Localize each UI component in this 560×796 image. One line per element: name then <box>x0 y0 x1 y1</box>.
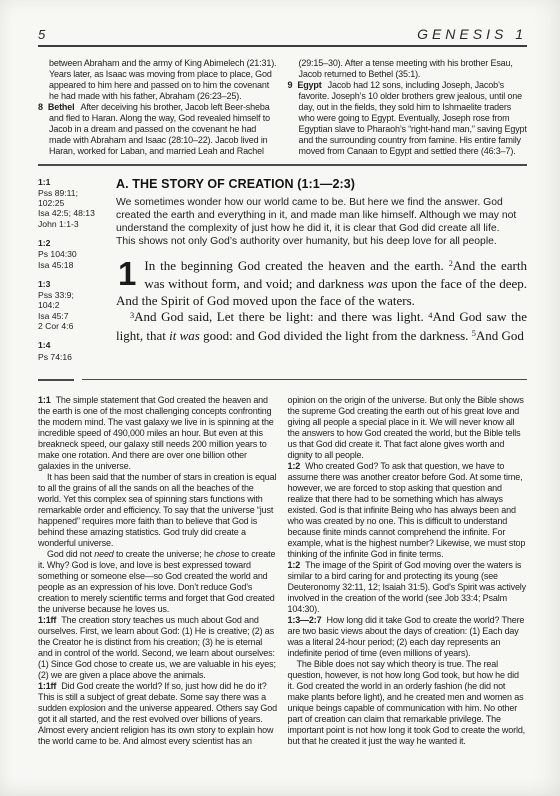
note-ref-label: 1:1ff <box>38 615 56 625</box>
cross-reference-verse: 1:1 <box>38 177 116 187</box>
note-paragraph: 1:1ffThe creation story teaches us much … <box>38 615 278 681</box>
scripture-paragraph: 3And God said, Let there be light: and t… <box>116 309 527 346</box>
cross-reference-verse: 1:2 <box>38 238 116 248</box>
scripture-passage: 1In the beginning God created the heaven… <box>116 258 527 347</box>
cross-reference-verse: 1:4 <box>38 340 116 350</box>
cross-reference-group: 1:4Ps 74:16 <box>38 340 116 362</box>
verse-number: 3 <box>130 311 134 320</box>
note-paragraph: 1:1The simple statement that God created… <box>38 395 278 472</box>
note-paragraph: 8BethelAfter deceiving his brother, Jaco… <box>38 102 278 157</box>
cross-reference-column: 1:1Pss 89:11;102:25Isa 42:5; 48:13John 1… <box>38 177 116 371</box>
note-paragraph: It has been said that the number of star… <box>38 472 278 549</box>
verse-number: 5 <box>472 329 476 338</box>
cross-reference-citation: 104:2 <box>38 300 116 310</box>
cross-reference-verse: 1:3 <box>38 279 116 289</box>
note-paragraph: opinion on the origin of the universe. B… <box>288 395 528 461</box>
note-paragraph: 1:2The image of the Spirit of God moving… <box>288 560 528 615</box>
bible-page: 5 GENESIS 1 between Abraham and the army… <box>0 0 560 796</box>
note-ref-label: 1:3—2:7 <box>288 615 322 625</box>
cross-reference-citation: Pss 89:11; <box>38 188 116 198</box>
section-main-column: A. THE STORY OF CREATION (1:1—2:3) We so… <box>116 177 527 371</box>
verse-number: 2 <box>449 259 453 268</box>
verse-number: 4 <box>428 311 432 320</box>
italic-text: need <box>94 549 113 559</box>
cross-reference-citation: John 1:1-3 <box>38 219 116 229</box>
note-entry-term: Egypt <box>297 80 321 90</box>
header-rule <box>38 45 527 47</box>
note-ref-label: 1:1ff <box>38 681 56 691</box>
section-heading: A. THE STORY OF CREATION (1:1—2:3) <box>116 177 527 191</box>
cross-reference-citation: Isa 45:18 <box>38 260 116 270</box>
note-entry-term: Bethel <box>48 102 75 112</box>
top-notes-right-column: (29:15–30). After a tense meeting with h… <box>288 58 528 157</box>
cross-reference-citation: Ps 104:30 <box>38 249 116 259</box>
note-paragraph: (29:15–30). After a tense meeting with h… <box>288 58 528 80</box>
cross-reference-citation: 102:25 <box>38 198 116 208</box>
italic-text: it was <box>169 328 200 343</box>
italic-text: was <box>367 276 387 291</box>
notes-divider-segment <box>38 379 74 381</box>
cross-reference-group: 1:2Ps 104:30Isa 45:18 <box>38 238 116 270</box>
page-number: 5 <box>38 27 45 42</box>
bottom-notes-left-column: 1:1The simple statement that God created… <box>38 395 278 747</box>
note-entry-number: 8 <box>38 102 43 112</box>
page-header: 5 GENESIS 1 <box>38 26 527 42</box>
notes-divider-rule <box>38 379 527 381</box>
notes-divider-segment <box>82 379 527 381</box>
top-notes: between Abraham and the army of King Abi… <box>38 58 527 157</box>
note-paragraph: 1:2Who created God? To ask that question… <box>288 461 528 560</box>
section-divider-rule <box>38 164 527 166</box>
top-notes-left-column: between Abraham and the army of King Abi… <box>38 58 278 157</box>
cross-reference-group: 1:1Pss 89:11;102:25Isa 42:5; 48:13John 1… <box>38 177 116 229</box>
note-paragraph: 1:1ffDid God create the world? If so, ju… <box>38 681 278 747</box>
note-paragraph: The Bible does not say which theory is t… <box>288 659 528 747</box>
cross-reference-citation: Isa 42:5; 48:13 <box>38 208 116 218</box>
section-intro: We sometimes wonder how our world came t… <box>116 196 518 248</box>
creation-section: 1:1Pss 89:11;102:25Isa 42:5; 48:13John 1… <box>38 177 527 371</box>
scripture-paragraph: 1In the beginning God created the heaven… <box>116 258 527 310</box>
chapter-number-dropcap: 1 <box>116 258 144 287</box>
book-title: GENESIS 1 <box>417 26 527 42</box>
note-paragraph: between Abraham and the army of King Abi… <box>38 58 278 102</box>
note-ref-label: 1:1 <box>38 395 51 405</box>
note-paragraph: 9EgyptJacob had 12 sons, including Josep… <box>288 80 528 157</box>
cross-reference-group: 1:3Pss 33:9;104:2Isa 45:72 Cor 4:6 <box>38 279 116 331</box>
note-paragraph: 1:3—2:7How long did it take God to creat… <box>288 615 528 659</box>
note-ref-label: 1:2 <box>288 560 301 570</box>
cross-reference-citation: Isa 45:7 <box>38 311 116 321</box>
italic-text: chose <box>216 549 239 559</box>
note-ref-label: 1:2 <box>288 461 301 471</box>
note-entry-number: 9 <box>288 80 293 90</box>
cross-reference-citation: Pss 33:9; <box>38 290 116 300</box>
note-paragraph: God did not need to create the universe;… <box>38 549 278 615</box>
bottom-notes: 1:1The simple statement that God created… <box>38 395 527 747</box>
cross-reference-citation: Ps 74:16 <box>38 352 116 362</box>
cross-reference-citation: 2 Cor 4:6 <box>38 321 116 331</box>
bottom-notes-right-column: opinion on the origin of the universe. B… <box>288 395 528 747</box>
